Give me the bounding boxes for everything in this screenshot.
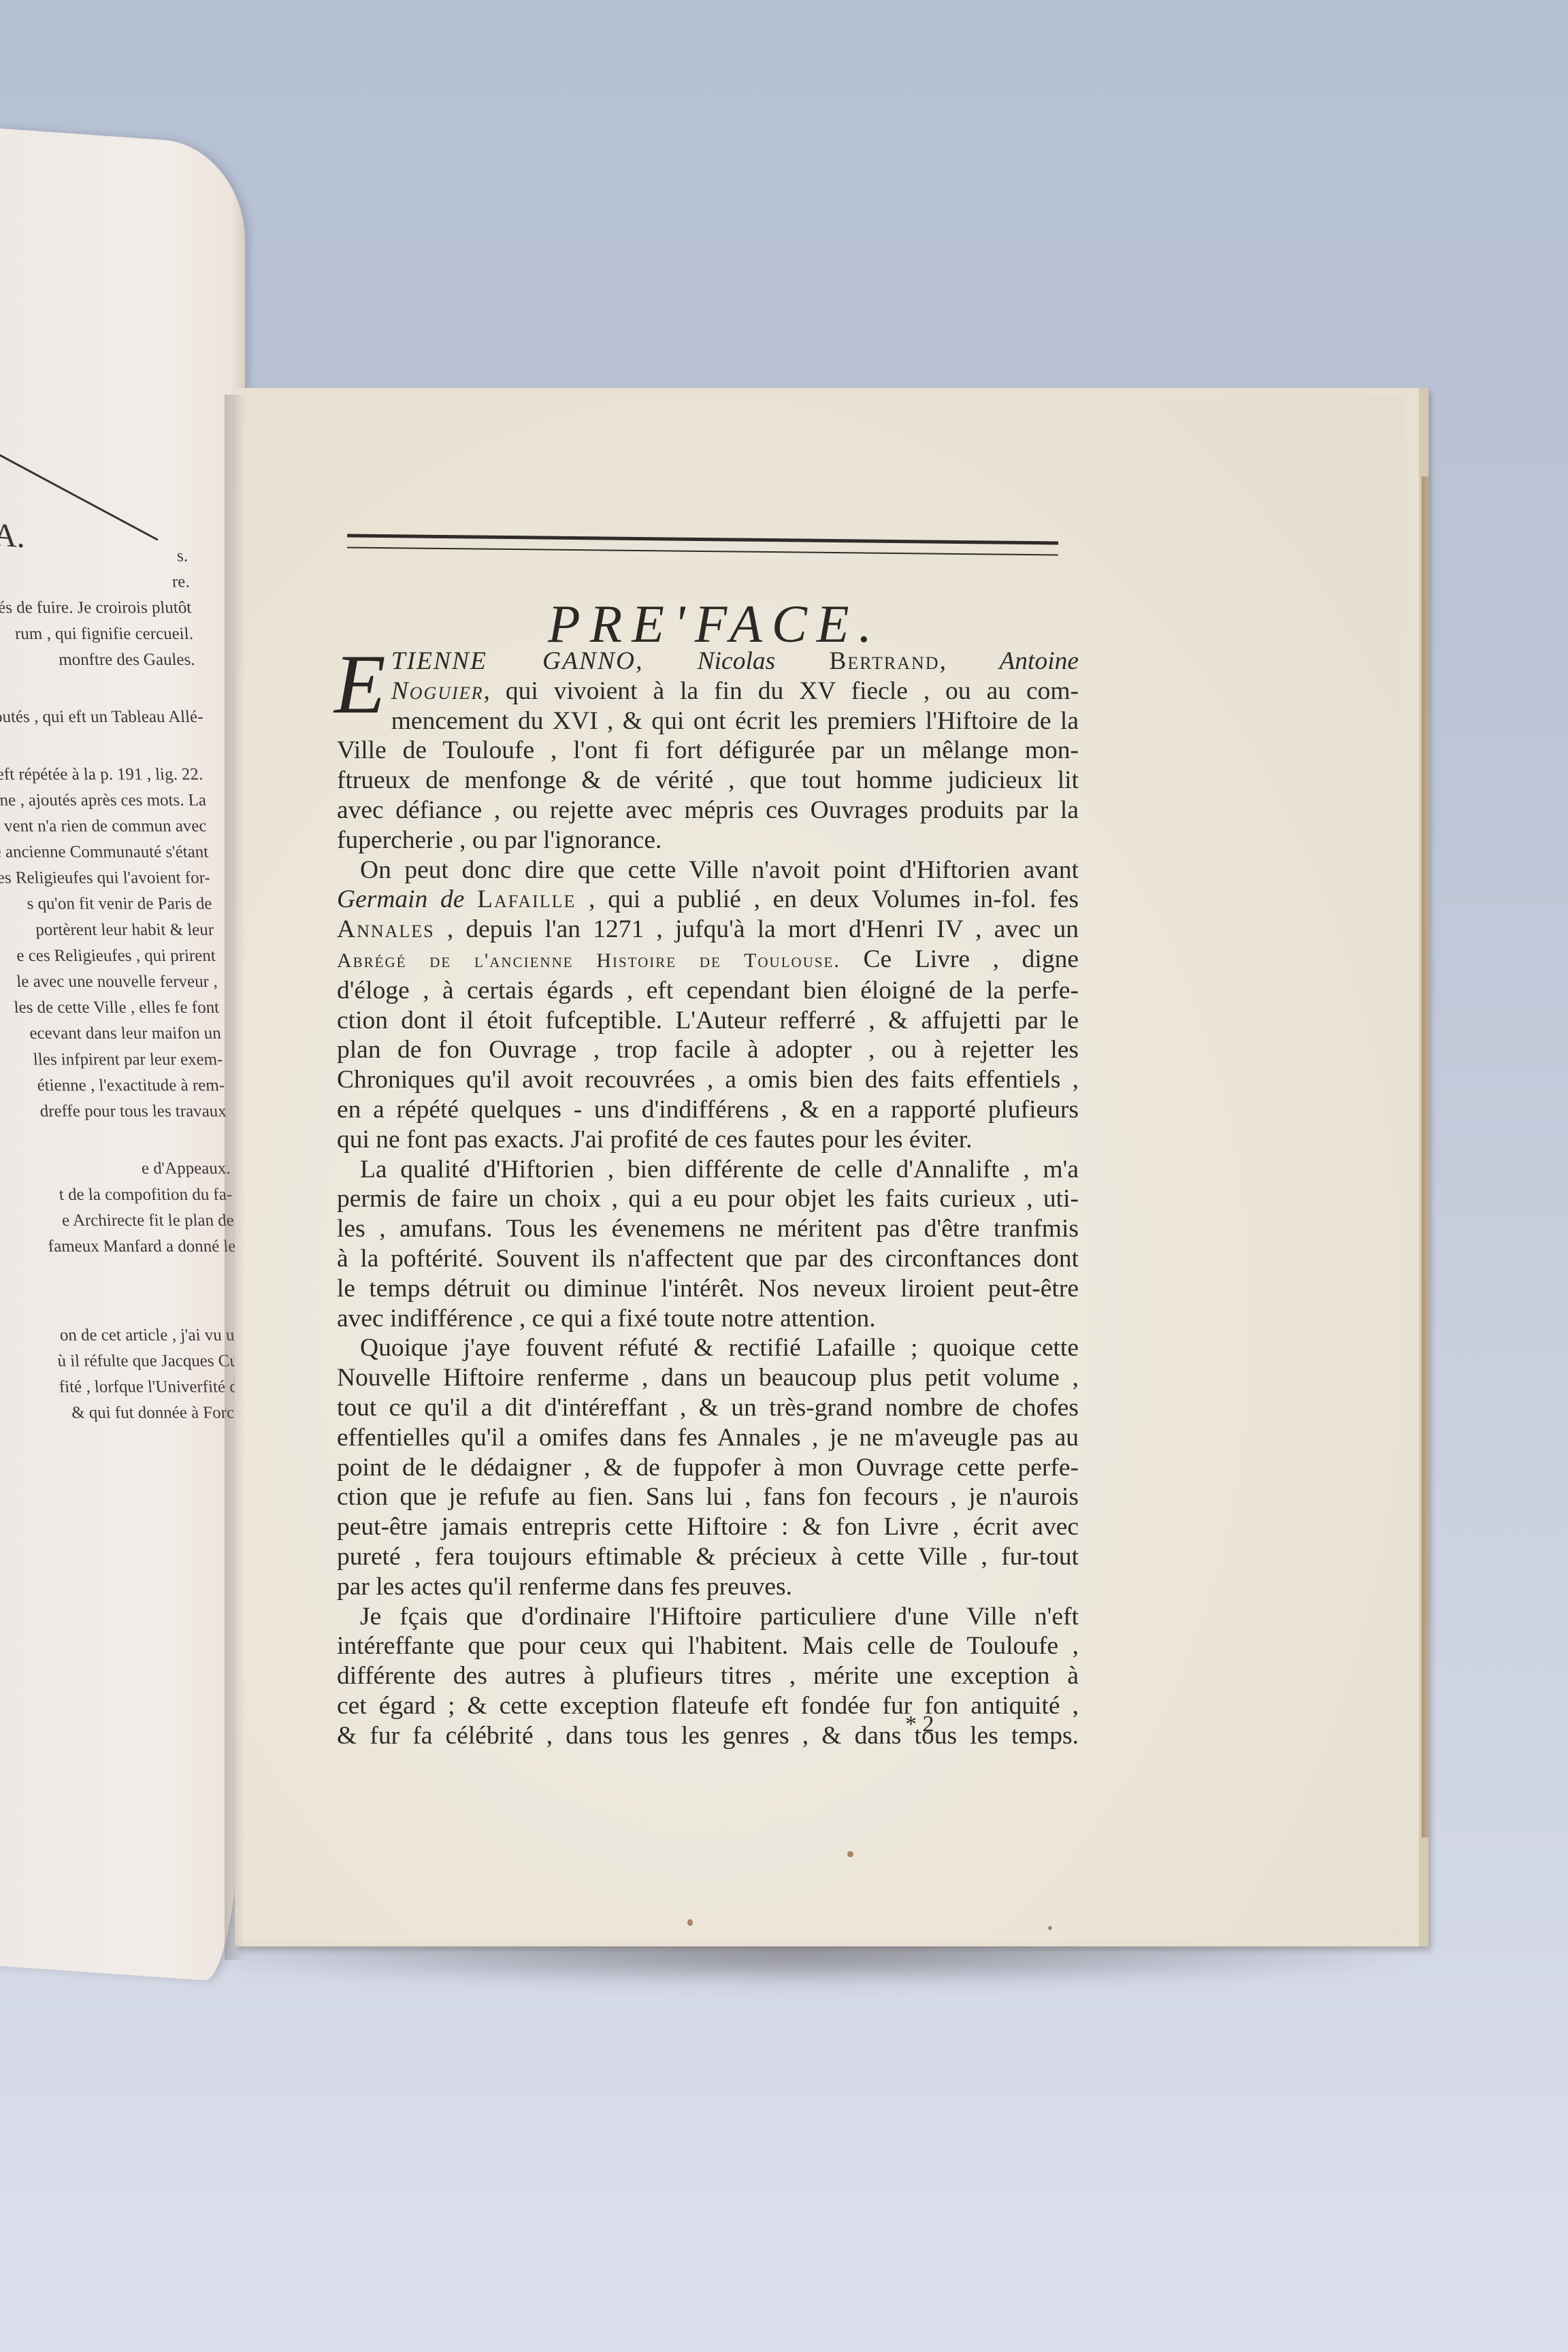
text-line: mencement du XVI , & qui ont écrit les p… — [337, 706, 1079, 736]
text-line: Chroniques qu'il avoit recouvrées , a om… — [337, 1065, 1079, 1095]
text-line: fupercherie , ou par l'ignorance. — [337, 826, 1079, 855]
left-line: es Religieufes qui l'avoient for- — [0, 866, 211, 892]
text-line: à la poftérité. Souvent ils n'affectent … — [337, 1244, 1079, 1274]
paragraph-3: La qualité d'Hiftorien , bien différente… — [337, 1155, 1079, 1334]
left-line: on de cet article , j'ai vu ue — [24, 1322, 243, 1348]
text-line: par les actes qu'il renferme dans fes pr… — [337, 1572, 1079, 1602]
left-line: ecevant dans leur maifon un — [3, 1021, 222, 1047]
text-line: les , amufans. Tous les évenemens ne mér… — [337, 1214, 1079, 1244]
left-line: eft répétée à la p. 191 , lig. 22. — [0, 762, 203, 787]
preface-body: E TIENNE GANNO, Nicolas Bertrand, Antoin… — [337, 647, 1079, 1750]
text-line: plan de fon Ouvrage , trop facile à adop… — [337, 1035, 1079, 1065]
left-line: re. — [0, 570, 191, 595]
text-line: avec indifférence , ce qui a fixé toute … — [337, 1304, 1079, 1334]
paragraph-1: E TIENNE GANNO, Nicolas Bertrand, Antoin… — [337, 647, 1079, 855]
text-line: Abrégé de l'ancienne Histoire de Toulous… — [337, 945, 1079, 976]
text-line: le temps détruit ou diminue l'intérêt. N… — [337, 1274, 1079, 1304]
text-line: TIENNE GANNO, Nicolas Bertrand, Antoine — [337, 647, 1079, 676]
text-line: Nouvelle Hiftoire renferme , dans un bea… — [337, 1363, 1079, 1393]
left-line: monftre des Gaules. — [0, 647, 196, 673]
text-line: & fur fa célébrité , dans tous les genre… — [337, 1721, 1079, 1751]
left-line: & qui fut donnée à Forca- — [29, 1400, 245, 1426]
foxing-spot — [847, 1851, 853, 1857]
left-page-text: s. re. outés de fuire. Je croirois plutô… — [0, 543, 245, 1426]
text-line: pureté , fera toujours eftimable & préci… — [337, 1542, 1079, 1572]
left-line: aine , ajoutés après ces mots. La — [0, 787, 206, 813]
left-line: e ces Religieufes , qui prirent — [0, 943, 216, 969]
left-line: fité , lorfque l'Univerfité de — [27, 1374, 245, 1400]
text-line: Germain de Lafaille , qui a publié , en … — [337, 885, 1079, 915]
text-line: effentielles qu'il a omifes dans fes Ann… — [337, 1423, 1079, 1453]
signature-mark: * 2 — [905, 1712, 934, 1737]
paragraph-4: Quoique j'aye fouvent réfuté & rectifié … — [337, 1333, 1079, 1601]
left-line: portèrent leur habit & leur — [0, 917, 214, 943]
drop-cap: E — [334, 651, 386, 719]
foxing-spot — [1048, 1926, 1052, 1930]
text-line: On peut donc dire que cette Ville n'avoi… — [337, 855, 1079, 885]
text-line: en a répété quelques - uns d'indifférens… — [337, 1095, 1079, 1125]
text-line: permis de faire un choix , qui a eu pour… — [337, 1184, 1079, 1214]
text-line: Ville de Touloufe , l'ont fi fort défigu… — [337, 736, 1079, 766]
text-line: Quoique j'aye fouvent réfuté & rectifié … — [337, 1333, 1079, 1363]
left-line: outés de fuire. Je croirois plutôt — [0, 595, 192, 621]
text-line: cet égard ; & cette exception flateufe e… — [337, 1691, 1079, 1721]
text-line: peut-être jamais entrepris cette Hiftoir… — [337, 1512, 1079, 1542]
text-line: point de le dédaigner , & de fuppofer à … — [337, 1453, 1079, 1483]
left-line: lles infpirent par leur exem- — [5, 1047, 224, 1073]
left-line: t de la compofition du fa- — [14, 1182, 233, 1208]
text-line: Je fçais que d'ordinaire l'Hiftoire part… — [337, 1602, 1079, 1632]
left-line: rum , qui fignifie cercueil. — [0, 621, 194, 647]
left-line: ajoutés , qui eft un Tableau Allé- — [0, 704, 200, 730]
left-line: fameux Manfard a donné le — [18, 1234, 237, 1260]
text-line: avec défiance , ou rejette avec mépris c… — [337, 796, 1079, 826]
left-line: e Archirecte fit le plan de — [16, 1208, 235, 1234]
book-gutter — [225, 395, 245, 1960]
text-line: ction que je refufe au fien. Sans lui , … — [337, 1482, 1079, 1512]
text-line: Annales , depuis l'an 1271 , jufqu'à la … — [337, 915, 1079, 945]
text-line: La qualité d'Hiftorien , bien différente… — [337, 1155, 1079, 1185]
paragraph-2: On peut donc dire que cette Ville n'avoi… — [337, 855, 1079, 1155]
text-line: différente des autres à plufieurs titres… — [337, 1661, 1079, 1691]
left-line: étienne , l'exactitude à rem- — [6, 1073, 225, 1098]
paragraph-5: Je fçais que d'ordinaire l'Hiftoire part… — [337, 1602, 1079, 1751]
left-line: e ancienne Communauté s'étant — [0, 839, 209, 865]
text-line: d'éloge , à certais égards , eft cependa… — [337, 976, 1079, 1006]
left-line: le avec une nouvelle ferveur , — [0, 969, 218, 995]
text-line: tout ce qu'il a dit d'intéreffant , & un… — [337, 1393, 1079, 1423]
left-line: les de cette Ville , elles fe font — [1, 995, 220, 1021]
left-line: vent n'a rien de commun avec — [0, 813, 208, 839]
page-title: PRE'FACE. — [340, 593, 1089, 655]
foxing-spot — [687, 1919, 693, 1926]
left-line: s qu'on fit venir de Paris de — [0, 892, 213, 917]
text-line: intéreffante que pour ceux qui l'habiten… — [337, 1631, 1079, 1661]
text-line: ftrueux de menfonge & de vérité , que to… — [337, 766, 1079, 796]
text-line: qui ne font pas exacts. J'ai profité de … — [337, 1125, 1079, 1155]
text-line: ction dont il étoit fufceptible. L'Auteu… — [337, 1006, 1079, 1036]
left-page: A. s. re. outés de fuire. Je croirois pl… — [0, 127, 245, 1983]
left-line: ù il réfulte que Jacques Cu- — [26, 1348, 245, 1374]
left-line: s. — [0, 543, 189, 569]
left-line: e d'Appeaux. — [12, 1156, 231, 1182]
text-line: Noguier, qui vivoient à la fin du XV fie… — [337, 676, 1079, 706]
left-line: dreffe pour tous les travaux — [8, 1098, 227, 1124]
